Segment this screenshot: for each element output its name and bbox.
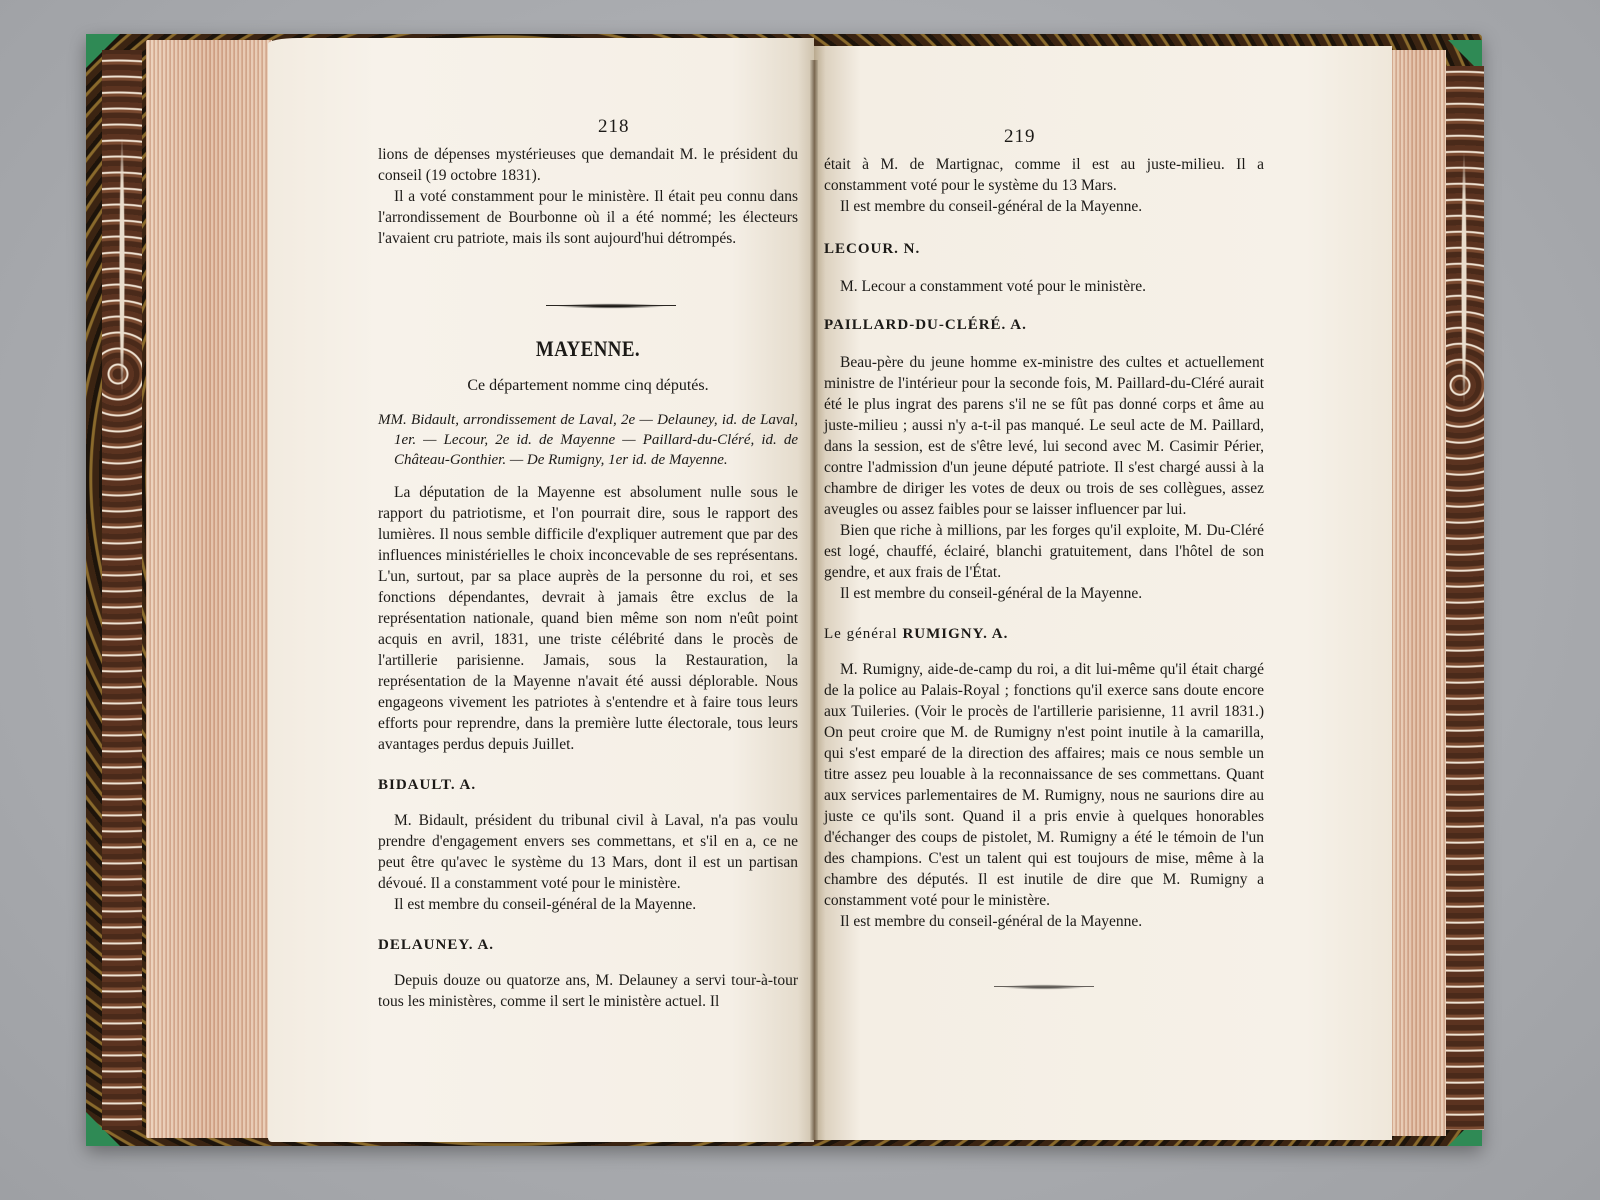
marbled-endpaper-right bbox=[1444, 66, 1484, 1130]
page-number-left: 218 bbox=[598, 116, 630, 138]
entry-paragraph: M. Lecour a constamment voté pour le min… bbox=[824, 276, 1264, 297]
page-block-edge-right bbox=[1388, 50, 1446, 1136]
entry-paragraph: Depuis douze ou quatorze ans, M. Delaune… bbox=[378, 970, 798, 1012]
entry-paragraph: Il est membre du conseil-général de la M… bbox=[824, 911, 1264, 932]
carryover-paragraph-2: Il est membre du conseil-général de la M… bbox=[824, 196, 1264, 217]
heading-name: RUMIGNY. A. bbox=[902, 626, 1008, 642]
deputies-list: MM. Bidault, arrondissement de Laval, 2e… bbox=[378, 410, 798, 470]
left-page: 218 lions de dépenses mystérieuses que d… bbox=[268, 38, 814, 1142]
entry-paragraph: M. Rumigny, aide-de-camp du roi, a dit l… bbox=[824, 659, 1264, 911]
left-carryover-block: lions de dépenses mystérieuses que deman… bbox=[378, 144, 798, 249]
right-page: 219 était à M. de Martignac, comme il es… bbox=[814, 46, 1392, 1140]
section-divider-ornament bbox=[546, 303, 676, 309]
page-block-edge-left bbox=[146, 40, 272, 1138]
marbled-endpaper-left bbox=[102, 50, 142, 1130]
entry-paragraph: Bien que riche à millions, par les forge… bbox=[824, 520, 1264, 583]
heading-prefix: Le général bbox=[824, 626, 898, 642]
entry-heading-rumigny: Le général RUMIGNY. A. bbox=[824, 624, 1264, 645]
intro-paragraph: La députation de la Mayenne est absolume… bbox=[378, 482, 798, 755]
department-subtitle: Ce département nomme cinq députés. bbox=[378, 375, 798, 396]
carryover-paragraph-2: Il a voté constamment pour le ministère.… bbox=[378, 186, 798, 249]
entry-paragraph: Beau-père du jeune homme ex-ministre des… bbox=[824, 352, 1264, 520]
department-title: MAYENNE. bbox=[407, 338, 768, 359]
page-number-right: 219 bbox=[1004, 126, 1036, 148]
entry-heading-lecour: LECOUR. N. bbox=[824, 239, 1264, 260]
mayenne-section: MAYENNE. Ce département nomme cinq déput… bbox=[378, 338, 798, 1012]
entry-heading-bidault: BIDAULT. A. bbox=[378, 775, 798, 796]
right-page-text: était à M. de Martignac, comme il est au… bbox=[824, 154, 1264, 932]
entry-paragraph: M. Bidault, président du tribunal civil … bbox=[378, 810, 798, 894]
entry-heading-delauney: DELAUNEY. A. bbox=[378, 935, 798, 956]
book-gutter bbox=[810, 60, 818, 1140]
carryover-paragraph: lions de dépenses mystérieuses que deman… bbox=[378, 144, 798, 186]
entry-paragraph: Il est membre du conseil-général de la M… bbox=[378, 894, 798, 915]
section-end-ornament bbox=[994, 984, 1094, 990]
entry-heading-paillard: PAILLARD-DU-CLÉRÉ. A. bbox=[824, 315, 1264, 336]
entry-paragraph: Il est membre du conseil-général de la M… bbox=[824, 583, 1264, 604]
carryover-paragraph: était à M. de Martignac, comme il est au… bbox=[824, 154, 1264, 196]
